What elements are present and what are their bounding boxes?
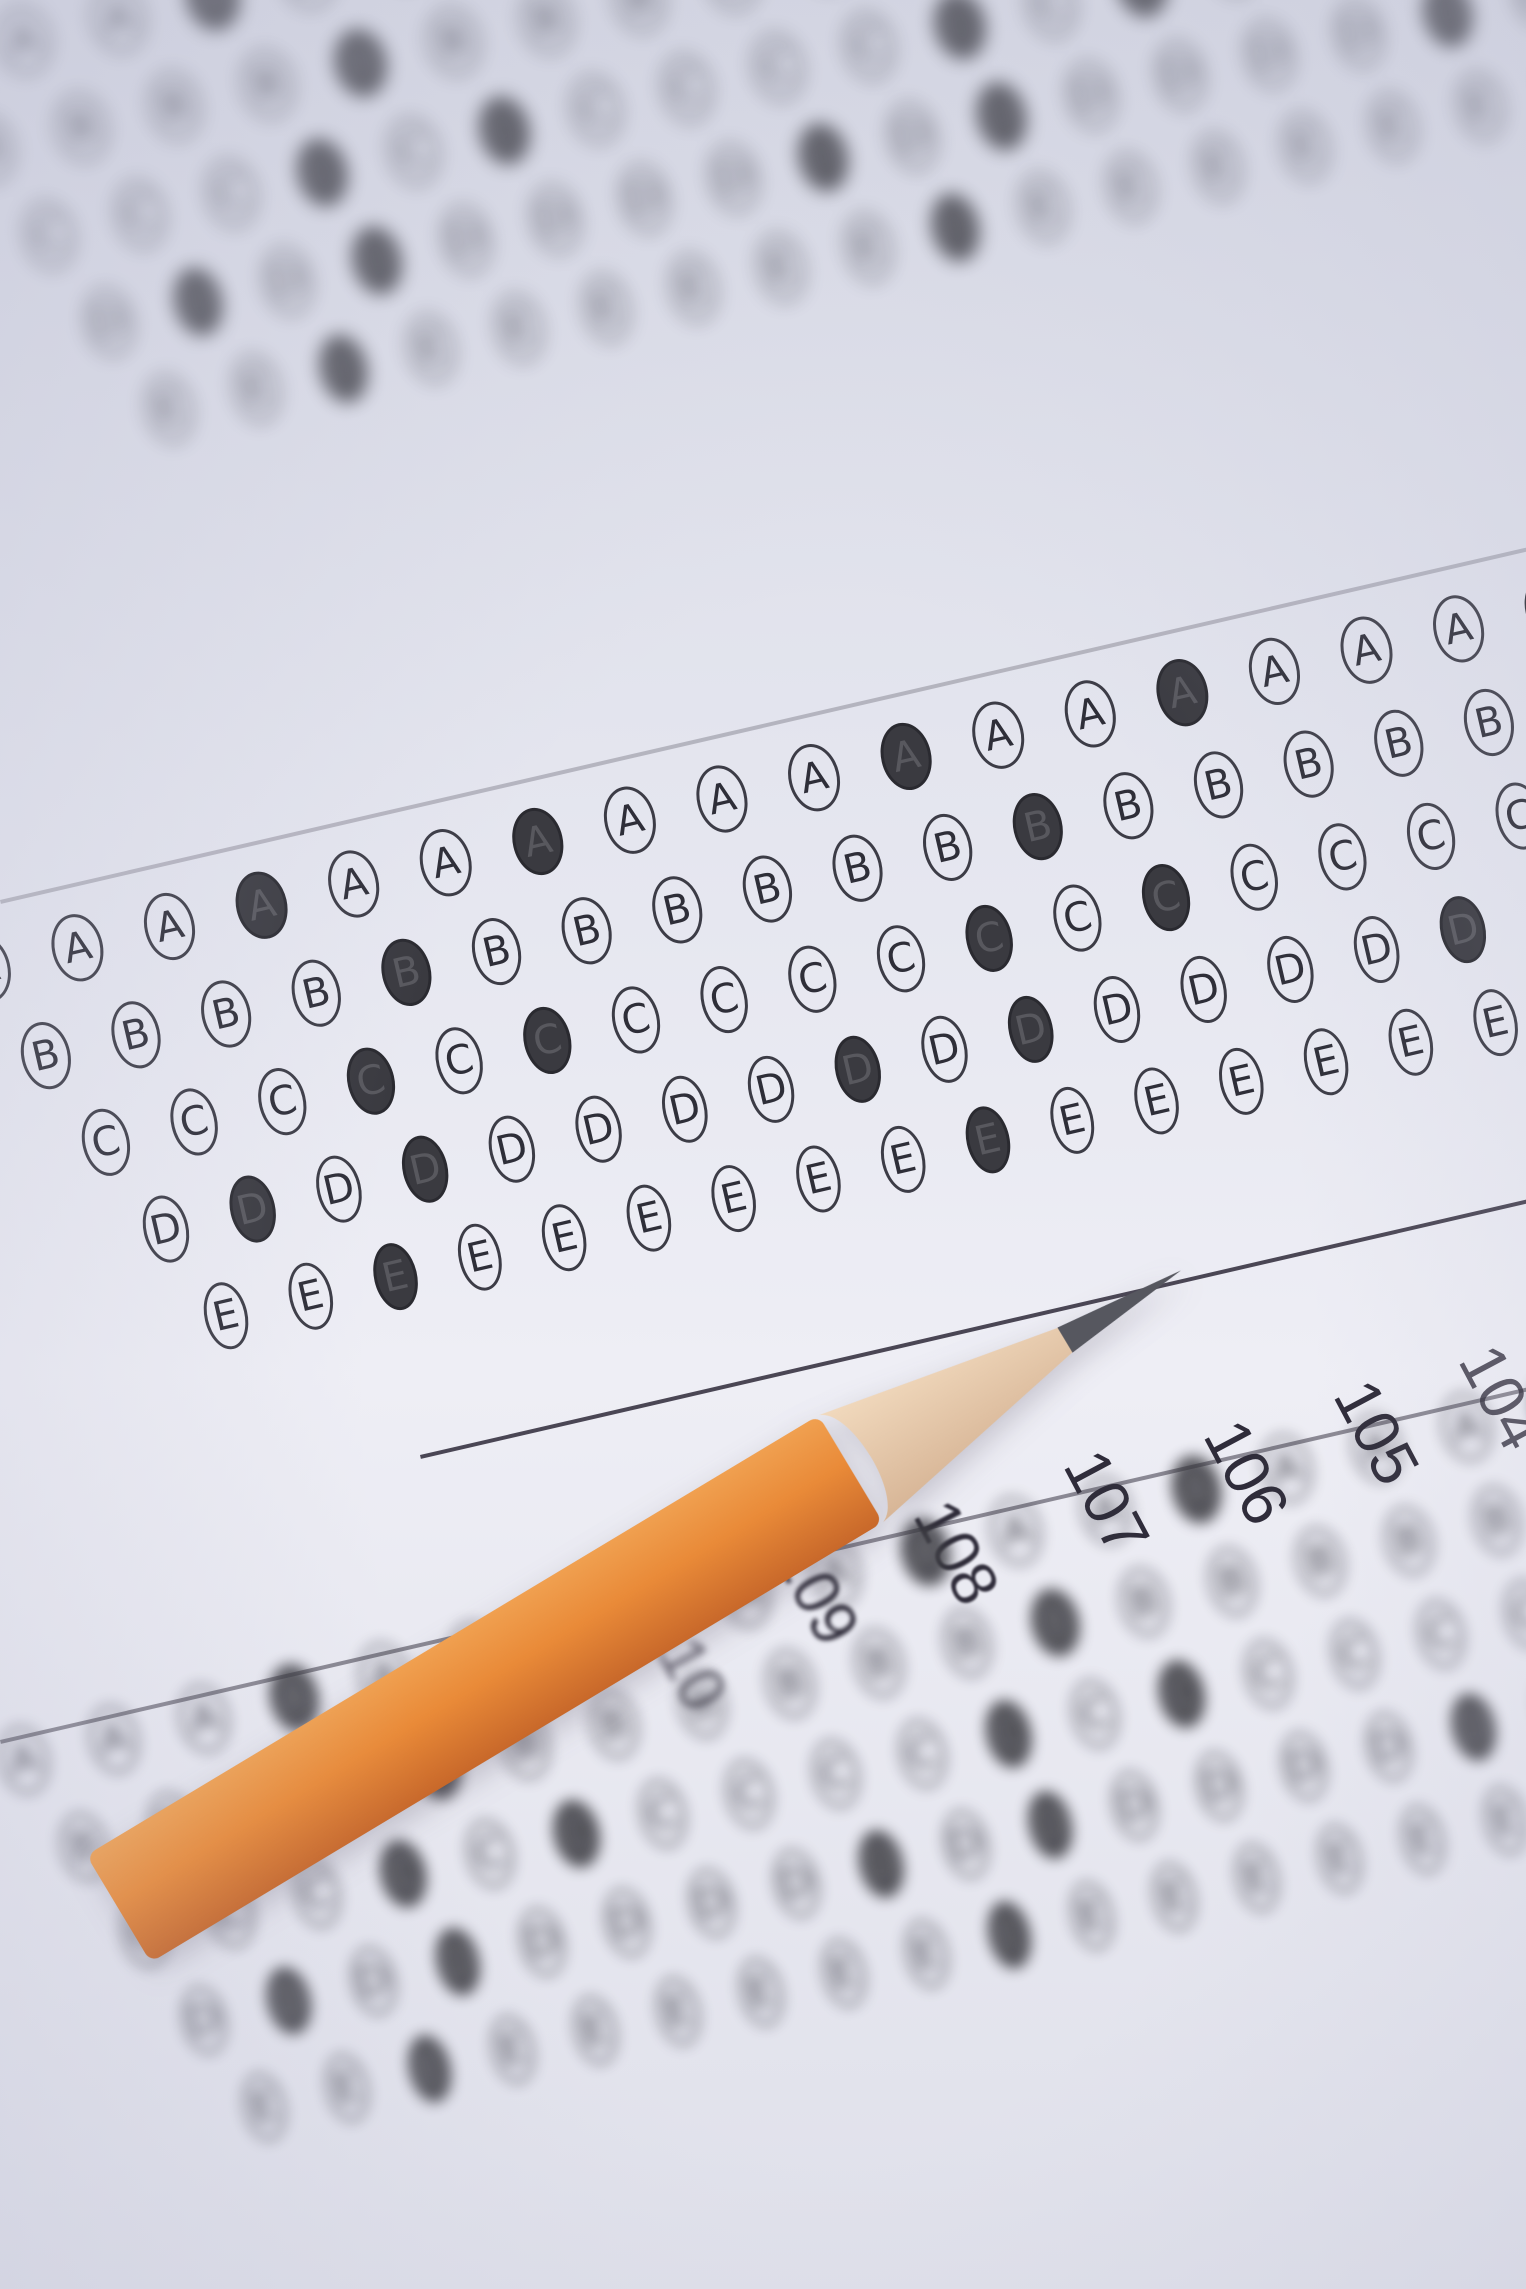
answer-bubble[interactable]: D (683, 1865, 740, 1941)
answer-bubble[interactable]: E (1188, 128, 1248, 205)
answer-bubble[interactable]: C (1401, 798, 1462, 875)
answer-bubble[interactable]: D (1174, 951, 1233, 1027)
answer-bubble[interactable]: E (650, 1974, 705, 2049)
answer-bubble[interactable]: A (179, 0, 246, 36)
answer-bubble[interactable]: C (928, 0, 992, 64)
answer-bubble[interactable]: D (937, 1806, 994, 1882)
answer-bubble[interactable]: D (1506, 0, 1526, 31)
answer-bubble[interactable]: D (1520, 871, 1526, 947)
blurred-top-grid: AAAAAAAAAAAAAAAAAAAAABBBBBBBBBBBBBBBBBBB… (0, 0, 1526, 557)
answer-bubble[interactable]: E (1312, 1821, 1367, 1896)
answer-bubble[interactable]: E (1478, 1783, 1526, 1858)
answer-bubble[interactable]: D (1088, 971, 1147, 1047)
answer-bubble[interactable]: E (485, 2012, 540, 2087)
answer-bubble[interactable]: C (655, 50, 719, 127)
answer-bubble[interactable]: E (663, 250, 723, 327)
answer-bubble[interactable]: C (806, 1736, 865, 1812)
answer-bubble[interactable]: E (1101, 149, 1161, 226)
answer-bubble[interactable]: D (136, 1191, 195, 1267)
answer-bubble[interactable]: A (137, 888, 201, 966)
answer-bubble[interactable]: B (235, 46, 300, 124)
answer-bubble[interactable]: A (274, 0, 341, 14)
answer-bubble[interactable]: D (1191, 1748, 1248, 1824)
answer-bubble[interactable]: E (226, 351, 286, 428)
answer-bubble[interactable]: E (1064, 1878, 1119, 1953)
answer-bubble[interactable]: A (506, 803, 570, 881)
answer-bubble[interactable]: B (1187, 746, 1250, 823)
answer-bubble[interactable]: D (792, 119, 854, 196)
answer-bubble[interactable]: C (1489, 778, 1526, 855)
answer-bubble[interactable]: A (0, 1, 57, 79)
answer-bubble[interactable]: C (381, 113, 445, 190)
answer-bubble[interactable]: D (828, 1031, 887, 1107)
answer-bubble[interactable]: D (429, 1924, 486, 2000)
answer-bubble[interactable]: E (451, 1219, 508, 1295)
answer-bubble[interactable]: E (489, 290, 549, 367)
answer-bubble[interactable]: D (1445, 1689, 1502, 1765)
answer-bubble[interactable]: D (435, 201, 497, 278)
answer-bubble[interactable]: B (700, 0, 765, 16)
answer-bubble[interactable]: E (139, 371, 199, 448)
answer-bubble[interactable]: D (167, 263, 229, 340)
answer-bubble[interactable]: A (83, 1701, 146, 1778)
answer-bubble[interactable]: E (1450, 68, 1510, 145)
answer-bubble[interactable]: E (401, 310, 461, 387)
answer-bubble[interactable]: E (926, 189, 986, 266)
answer-bubble[interactable]: C (1325, 1616, 1384, 1692)
answer-bubble[interactable]: C (694, 961, 755, 1038)
answer-bubble[interactable]: A (985, 1493, 1048, 1570)
answer-bubble[interactable]: E (733, 1955, 788, 2030)
answer-bubble[interactable]: E (1128, 1063, 1185, 1139)
answer-bubble[interactable]: B (514, 0, 579, 59)
answer-bubble[interactable]: A (0, 930, 18, 1008)
answer-sheet-photo: AAAAAAAAAAAAAAAAAAAAABBBBBBBBBBBBBBBBBBB… (0, 0, 1526, 2289)
answer-bubble[interactable]: A (229, 866, 293, 944)
answer-bubble[interactable]: B (1114, 1564, 1175, 1641)
answer-bubble[interactable]: B (1007, 788, 1070, 865)
answer-bubble[interactable]: B (848, 1625, 909, 1702)
answer-bubble[interactable]: B (105, 996, 168, 1073)
answer-bubble[interactable]: B (285, 955, 348, 1032)
answer-bubble[interactable]: A (414, 824, 478, 902)
answer-bubble[interactable]: E (1363, 88, 1423, 165)
answer-bubble[interactable]: A (782, 739, 846, 817)
answer-bubble[interactable]: C (252, 1063, 313, 1140)
answer-bubble[interactable]: A (598, 781, 662, 859)
answer-bubble[interactable]: B (465, 913, 528, 990)
answer-bubble[interactable]: D (1239, 16, 1301, 93)
answer-bubble[interactable]: D (1434, 891, 1493, 967)
answer-bubble[interactable]: D (346, 222, 408, 299)
answer-bubble[interactable]: E (367, 1239, 424, 1315)
answer-bubble[interactable]: E (790, 1141, 847, 1217)
answer-bubble[interactable]: E (536, 1200, 593, 1276)
answer-bubble[interactable]: A (1426, 590, 1490, 668)
answer-bubble[interactable]: E (314, 330, 374, 407)
answer-bubble[interactable]: B (14, 1017, 77, 1094)
answer-bubble[interactable]: C (959, 900, 1020, 977)
answer-bubble[interactable]: D (881, 98, 943, 175)
answer-bubble[interactable]: A (45, 909, 109, 987)
answer-bubble[interactable]: C (1202, 0, 1266, 1)
answer-bubble[interactable]: C (1136, 859, 1197, 936)
answer-bubble[interactable]: A (322, 845, 386, 923)
answer-bubble[interactable]: D (1106, 1767, 1163, 1843)
answer-bubble[interactable]: E (1147, 1859, 1202, 1934)
answer-bubble[interactable]: A (1075, 1472, 1138, 1549)
answer-bubble[interactable]: A (1436, 1388, 1499, 1465)
answer-bubble[interactable]: D (768, 1846, 825, 1922)
answer-bubble[interactable]: E (319, 2050, 374, 2125)
answer-bubble[interactable]: D (971, 78, 1033, 155)
answer-bubble[interactable]: E (621, 1180, 678, 1256)
answer-bubble[interactable]: B (195, 975, 258, 1052)
answer-bubble[interactable]: C (1224, 839, 1285, 916)
answer-bubble[interactable]: D (309, 1151, 368, 1227)
answer-bubble[interactable]: D (1360, 1709, 1417, 1785)
answer-bubble[interactable]: E (959, 1102, 1016, 1178)
answer-bubble[interactable]: D (1276, 1728, 1333, 1804)
answer-bubble[interactable]: D (655, 1071, 714, 1147)
answer-bubble[interactable]: E (282, 1258, 339, 1334)
answer-bubble[interactable]: E (1213, 1043, 1270, 1119)
answer-bubble[interactable]: D (1060, 57, 1122, 134)
answer-bubble[interactable]: E (567, 1993, 622, 2068)
answer-bubble[interactable]: E (1044, 1082, 1101, 1158)
answer-bubble[interactable]: D (915, 1011, 974, 1087)
answer-bubble[interactable]: C (893, 1716, 952, 1792)
answer-bubble[interactable]: E (1298, 1024, 1355, 1100)
answer-bubble[interactable]: D (1149, 36, 1211, 113)
answer-bubble[interactable]: D (599, 1885, 656, 1961)
answer-bubble[interactable]: C (1312, 818, 1373, 895)
answer-bubble[interactable]: E (874, 1122, 931, 1198)
answer-bubble[interactable]: E (236, 2069, 291, 2144)
answer-bubble[interactable]: C (473, 92, 537, 169)
answer-bubble[interactable]: B (49, 88, 114, 166)
answer-bubble[interactable]: B (646, 871, 709, 948)
answer-bubble[interactable]: C (164, 1084, 225, 1161)
answer-bubble[interactable]: C (17, 197, 81, 274)
answer-bubble[interactable]: D (260, 1963, 317, 2039)
answer-bubble[interactable]: E (1467, 985, 1524, 1061)
answer-bubble[interactable]: B (937, 1605, 998, 1682)
answer-bubble[interactable]: B (1458, 684, 1521, 761)
answer-bubble[interactable]: E (981, 1897, 1036, 1972)
answer-bubble[interactable]: B (916, 809, 979, 886)
answer-bubble[interactable]: D (1347, 911, 1406, 987)
answer-bubble[interactable]: B (1097, 767, 1160, 844)
answer-bubble[interactable]: C (429, 1022, 490, 1099)
answer-bubble[interactable]: A (1518, 569, 1526, 647)
answer-bubble[interactable]: E (751, 229, 811, 306)
answer-bubble[interactable]: B (421, 3, 486, 81)
answer-bubble[interactable]: D (256, 243, 318, 320)
answer-bubble[interactable]: B (1290, 1523, 1351, 1600)
answer-bubble[interactable]: D (482, 1111, 541, 1187)
answer-bubble[interactable]: C (1498, 1576, 1526, 1652)
answer-bubble[interactable]: D (569, 1091, 628, 1167)
answer-bubble[interactable]: C (633, 1776, 692, 1852)
answer-bubble[interactable]: B (1277, 726, 1340, 803)
answer-bubble[interactable]: C (1047, 880, 1108, 957)
answer-bubble[interactable]: D (175, 1982, 232, 2058)
answer-bubble[interactable]: C (108, 176, 172, 253)
answer-bubble[interactable]: D (1328, 0, 1390, 72)
answer-bubble[interactable]: C (979, 1696, 1038, 1772)
answer-bubble[interactable]: B (0, 110, 21, 188)
answer-bubble[interactable]: E (1230, 1840, 1285, 1915)
answer-bubble[interactable]: A (874, 718, 938, 796)
answer-bubble[interactable]: B (826, 830, 889, 907)
answer-bubble[interactable]: A (0, 1722, 55, 1799)
answer-bubble[interactable]: B (1367, 705, 1430, 782)
answer-bubble[interactable]: B (760, 1645, 821, 1722)
answer-bubble[interactable]: B (1467, 1482, 1526, 1559)
answer-bubble[interactable]: B (1025, 1584, 1086, 1661)
answer-bubble[interactable]: C (1111, 0, 1175, 22)
answer-bubble[interactable]: A (1058, 675, 1122, 753)
answer-bubble[interactable]: A (966, 696, 1030, 774)
answer-bubble[interactable]: C (547, 1796, 606, 1872)
answer-bubble[interactable]: C (340, 1043, 401, 1120)
answer-bubble[interactable]: D (1261, 931, 1320, 1007)
answer-bubble[interactable]: E (576, 270, 636, 347)
answer-bubble[interactable]: C (1019, 0, 1083, 43)
answer-bubble[interactable]: C (517, 1002, 578, 1079)
answer-bubble[interactable]: C (1412, 1596, 1471, 1672)
answer-bubble[interactable]: C (1239, 1636, 1298, 1712)
answer-bubble[interactable]: C (720, 1756, 779, 1832)
answer-bubble[interactable]: D (345, 1943, 402, 2019)
answer-bubble[interactable]: D (524, 181, 586, 258)
answer-bubble[interactable]: C (290, 134, 354, 211)
answer-bubble[interactable]: B (328, 24, 393, 102)
answer-bubble[interactable]: C (460, 1816, 519, 1892)
answer-bubble[interactable]: D (703, 139, 765, 216)
answer-bubble[interactable]: D (1001, 991, 1060, 1067)
answer-bubble[interactable]: D (852, 1826, 909, 1902)
answer-bubble[interactable]: E (1275, 108, 1335, 185)
answer-bubble[interactable]: D (614, 160, 676, 237)
answer-bubble[interactable]: E (1395, 1802, 1450, 1877)
answer-bubble[interactable]: A (1255, 1430, 1318, 1507)
answer-bubble[interactable]: B (607, 0, 672, 38)
answer-bubble[interactable]: B (556, 892, 619, 969)
answer-bubble[interactable]: E (838, 209, 898, 286)
answer-bubble[interactable]: A (690, 760, 754, 838)
answer-bubble[interactable]: D (514, 1904, 571, 1980)
answer-bubble[interactable]: C (837, 7, 901, 84)
answer-bubble[interactable]: C (746, 29, 810, 106)
answer-bubble[interactable]: A (1165, 1451, 1228, 1528)
answer-bubble[interactable]: E (402, 2031, 457, 2106)
answer-bubble-grid: AAAAAAAAAAAAAAAAAAAAABBBBBBBBBBBBBBBBBBB… (0, 505, 1526, 1477)
answer-bubble[interactable]: D (78, 284, 140, 361)
answer-bubble[interactable]: D (1417, 0, 1479, 52)
answer-bubble[interactable]: D (1022, 1787, 1079, 1863)
answer-bubble[interactable]: C (1066, 1676, 1125, 1752)
answer-bubble[interactable]: E (1382, 1004, 1439, 1080)
answer-bubble[interactable]: C (199, 155, 263, 232)
answer-bubble[interactable]: D (223, 1171, 282, 1247)
answer-bubble[interactable]: C (1152, 1656, 1211, 1732)
answer-bubble[interactable]: B (1379, 1503, 1440, 1580)
answer-bubble[interactable]: E (705, 1161, 762, 1237)
answer-bubble[interactable]: E (197, 1278, 254, 1354)
answer-bubble[interactable]: A (1150, 654, 1214, 732)
answer-bubble[interactable]: D (742, 1051, 801, 1127)
answer-bubble[interactable]: E (899, 1916, 954, 1991)
answer-bubble[interactable]: A (85, 0, 152, 57)
answer-bubble[interactable]: C (782, 941, 843, 1018)
answer-bubble[interactable]: A (1334, 611, 1398, 689)
answer-bubble[interactable]: E (816, 1935, 871, 2010)
answer-bubble[interactable]: C (871, 920, 932, 997)
answer-bubble[interactable]: A (1345, 1409, 1408, 1486)
answer-bubble[interactable]: C (75, 1104, 136, 1181)
answer-bubble[interactable]: B (375, 934, 438, 1011)
answer-bubble[interactable]: B (1202, 1543, 1263, 1620)
answer-bubble[interactable]: B (736, 850, 799, 927)
answer-bubble[interactable]: C (605, 982, 666, 1059)
answer-bubble[interactable]: D (396, 1131, 455, 1207)
answer-bubble[interactable]: E (1013, 169, 1073, 246)
answer-bubble[interactable]: C (564, 71, 628, 148)
answer-bubble[interactable]: B (142, 67, 207, 145)
answer-bubble[interactable]: A (1242, 633, 1306, 711)
